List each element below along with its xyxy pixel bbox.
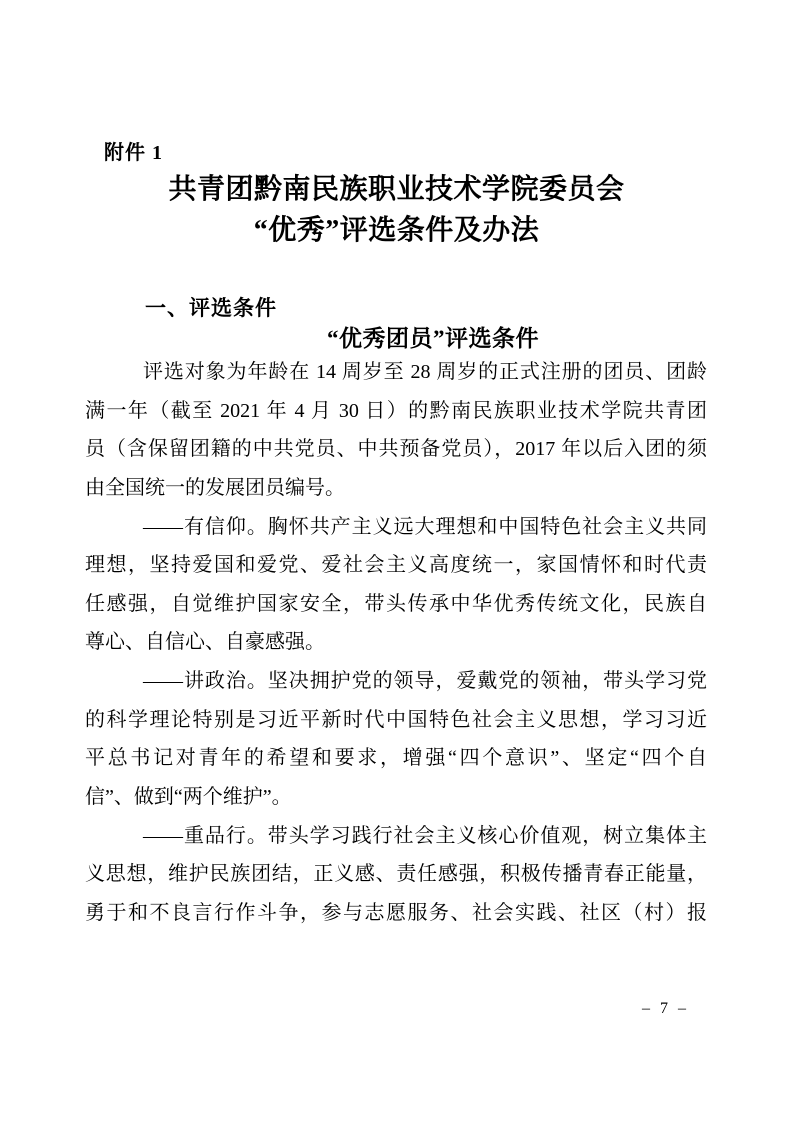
document-title-line-2: “优秀”评选条件及办法 xyxy=(0,210,793,251)
body-line: ——有信仰。胸怀共产主义远大理想和中国特色社会主义共同 xyxy=(85,508,707,547)
document-body: 评选对象为年龄在 14 周岁至 28 周岁的正式注册的团员、团龄 满一年（截至 … xyxy=(85,353,707,933)
page-number: – 7 – xyxy=(642,1000,686,1018)
body-line: 义思想，维护民族团结，正义感、责任感强，积极传播青春正能量， xyxy=(85,855,707,894)
subsection-heading: “优秀团员”评选条件 xyxy=(327,320,539,353)
body-line: 理想，坚持爱国和爱党、爱社会主义高度统一，家国情怀和时代责 xyxy=(85,546,707,585)
body-line: 信”、做到“两个维护”。 xyxy=(85,778,707,817)
body-line: 的科学理论特别是习近平新时代中国特色社会主义思想，学习习近 xyxy=(85,701,707,740)
document-page: 附件 1 共青团黔南民族职业技术学院委员会 “优秀”评选条件及办法 一、评选条件… xyxy=(0,0,793,1122)
body-line: 平总书记对青年的希望和要求，增强“四个意识”、坚定“四个自 xyxy=(85,739,707,778)
body-line: 由全国统一的发展团员编号。 xyxy=(85,469,707,508)
body-line: ——重品行。带头学习践行社会主义核心价值观，树立集体主 xyxy=(85,817,707,856)
body-line: 勇于和不良言行作斗争，参与志愿服务、社会实践、社区（村）报 xyxy=(85,894,707,933)
body-line: 任感强，自觉维护国家安全，带头传承中华优秀传统文化，民族自 xyxy=(85,585,707,624)
body-line: 满一年（截至 2021 年 4 月 30 日）的黔南民族职业技术学院共青团 xyxy=(85,392,707,431)
document-title-line-1: 共青团黔南民族职业技术学院委员会 xyxy=(0,169,793,210)
section-heading: 一、评选条件 xyxy=(145,292,277,322)
body-line: 评选对象为年龄在 14 周岁至 28 周岁的正式注册的团员、团龄 xyxy=(85,353,707,392)
body-line: 员（含保留团籍的中共党员、中共预备党员），2017 年以后入团的须 xyxy=(85,430,707,469)
body-line: ——讲政治。坚决拥护党的领导，爱戴党的领袖，带头学习党 xyxy=(85,662,707,701)
document-title: 共青团黔南民族职业技术学院委员会 “优秀”评选条件及办法 xyxy=(0,169,793,251)
attachment-label: 附件 1 xyxy=(104,136,163,165)
body-line: 尊心、自信心、自豪感强。 xyxy=(85,623,707,662)
